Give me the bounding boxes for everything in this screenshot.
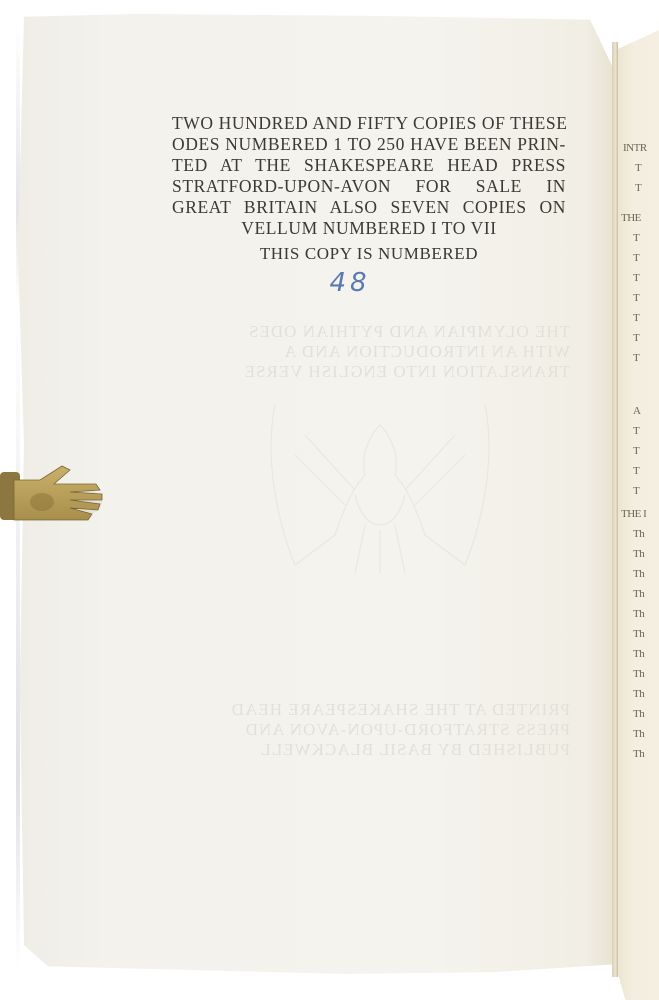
contents-line: T <box>635 162 641 174</box>
showthrough-line: THE OLYMPIAN AND PYTHIAN ODES <box>170 322 570 342</box>
contents-line: Th <box>633 708 644 720</box>
book-gutter <box>612 42 618 977</box>
contents-line: T <box>633 425 639 437</box>
colophon-line: VELLUM NUMBERED I TO VII <box>172 218 566 239</box>
contents-line: T <box>633 332 639 344</box>
contents-line: Th <box>633 648 644 660</box>
contents-line: Th <box>633 528 644 540</box>
contents-line: Th <box>633 668 644 680</box>
right-page-contents-text: INTR T T THE T T T T T T T A T T T T THE… <box>621 0 659 1000</box>
colophon-line: TWO HUNDRED AND FIFTY COPIES OF THESE <box>172 113 566 134</box>
contents-line: Th <box>633 748 644 760</box>
showthrough-line: TRANSLATION INTO ENGLISH VERSE <box>170 362 570 382</box>
showthrough-line: PUBLISHED BY BASIL BLACKWELL <box>170 740 570 760</box>
contents-line: T <box>633 232 639 244</box>
showthrough-line: PRESS STRATFORD-UPON-AVON AND <box>170 720 570 740</box>
contents-line: T <box>633 252 639 264</box>
contents-line: T <box>633 272 639 284</box>
contents-line: Th <box>633 628 644 640</box>
contents-line: T <box>633 485 639 497</box>
eagle-showthrough-icon <box>255 395 505 575</box>
copy-number-label: THIS COPY IS NUMBERED <box>172 244 566 264</box>
contents-line: T <box>633 292 639 304</box>
limitation-statement: TWO HUNDRED AND FIFTY COPIES OF THESE OD… <box>172 113 566 239</box>
contents-line: Th <box>633 588 644 600</box>
brass-hand-clip-icon <box>0 462 108 524</box>
contents-line: Th <box>633 688 644 700</box>
contents-line: Th <box>633 548 644 560</box>
contents-line: Th <box>633 728 644 740</box>
contents-line: Th <box>633 568 644 580</box>
contents-line: T <box>633 312 639 324</box>
colophon-line: TED AT THE SHAKESPEARE HEAD PRESS <box>172 155 566 176</box>
colophon-line: GREAT BRITAIN ALSO SEVEN COPIES ON <box>172 197 566 218</box>
contents-line: T <box>633 352 639 364</box>
colophon-line: ODES NUMBERED 1 TO 250 HAVE BEEN PRIN- <box>172 134 566 155</box>
contents-line: T <box>633 465 639 477</box>
colophon-line: STRATFORD-UPON-AVON FOR SALE IN <box>172 176 566 197</box>
contents-line: INTR <box>623 142 647 154</box>
contents-line: T <box>635 182 641 194</box>
showthrough-line: WITH AN INTRODUCTION AND A <box>170 342 570 362</box>
contents-line: T <box>633 445 639 457</box>
contents-line: A <box>633 405 640 417</box>
contents-line: Th <box>633 608 644 620</box>
handwritten-copy-number: 48 <box>315 268 385 298</box>
contents-line: THE <box>621 212 641 224</box>
contents-line: THE I <box>621 508 646 520</box>
showthrough-line: PRINTED AT THE SHAKESPEARE HEAD <box>170 700 570 720</box>
